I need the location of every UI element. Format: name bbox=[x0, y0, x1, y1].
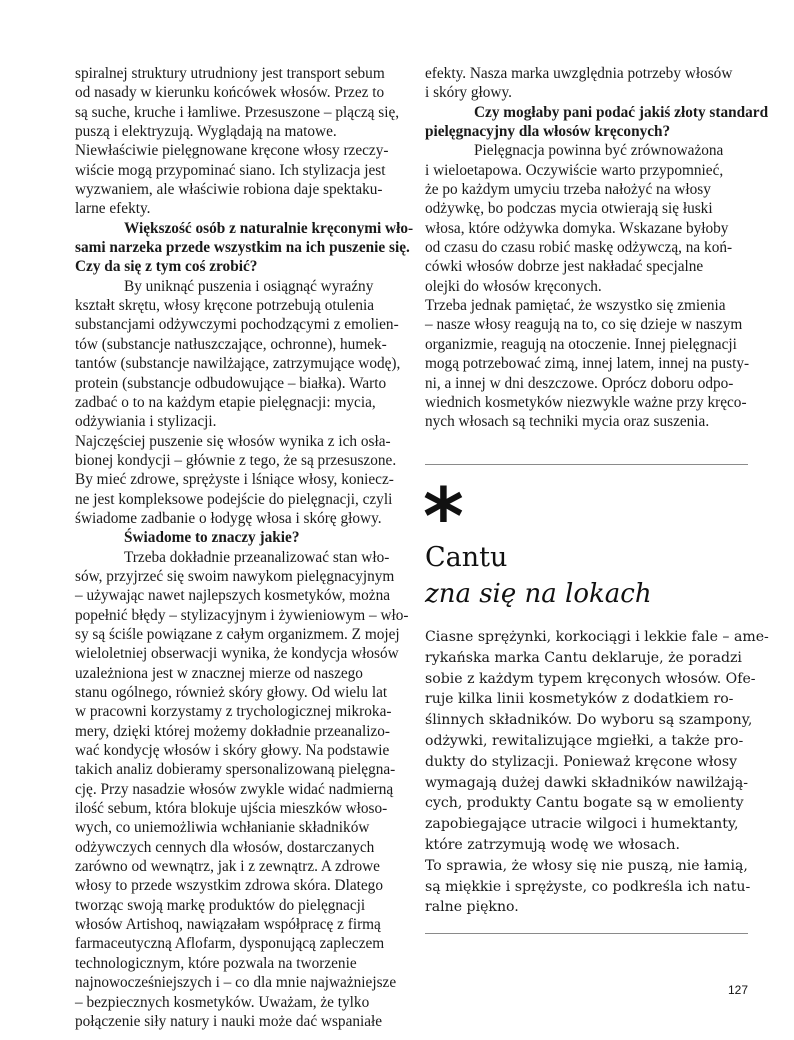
sidebar-body-line: są miękkie i sprężyste, co podkreśla ich… bbox=[425, 877, 747, 898]
text-line: takich analiz dobieramy spersonalizowaną… bbox=[75, 760, 389, 779]
text-line: i wieloetapowa. Oczywiście warto przypom… bbox=[425, 161, 747, 180]
text-line: – bezpiecznych kosmetyków. Uważam, że ty… bbox=[75, 993, 389, 1012]
sidebar-title: Cantu bbox=[425, 540, 507, 576]
text-line: odżywczych cennych dla włosów, dostarcza… bbox=[75, 838, 389, 857]
text-line: wieloletniej obserwacji wynika, że kondy… bbox=[75, 644, 389, 663]
sidebar-body-line: dukty do stylizacji. Ponieważ kręcone wł… bbox=[425, 752, 747, 773]
text-line: ne jest kompleksowe podejście do pielęgn… bbox=[75, 490, 389, 509]
text-line: mery, dzięki której możemy dokładnie prz… bbox=[75, 722, 389, 741]
interview-question-line: Większość osób z naturalnie kręconymi wł… bbox=[75, 219, 389, 238]
text-line: Niewłaściwie pielęgnowane kręcone włosy … bbox=[75, 141, 389, 160]
text-line: olejki do włosów kręconych. bbox=[425, 277, 747, 296]
sidebar-body-line: które zatrzymują wodę we włosach. bbox=[425, 835, 747, 856]
interview-question-line: Czy mogłaby pani podać jakiś złoty stand… bbox=[425, 103, 747, 122]
sidebar-subtitle: zna się na lokach bbox=[425, 576, 652, 612]
interview-question-line: Czy da się z tym coś zrobić? bbox=[75, 257, 389, 276]
text-line: że po każdym umyciu trzeba nałożyć na wł… bbox=[425, 180, 747, 199]
text-line: włosów Artishoq, nawiązałam współpracę z… bbox=[75, 915, 389, 934]
sidebar-body-line: ślinnych składników. Do wyboru są szampo… bbox=[425, 710, 747, 731]
interview-question-line: sami narzeka przede wszystkim na ich pus… bbox=[75, 238, 389, 257]
text-line: zadbać o to na każdym etapie pielęgnacji… bbox=[75, 393, 389, 412]
text-line: spiralnej struktury utrudniony jest tran… bbox=[75, 64, 389, 83]
text-line: protein (substancje odbudowujące – białk… bbox=[75, 374, 389, 393]
text-line: tworząc swoją markę produktów do pielęgn… bbox=[75, 896, 389, 915]
text-line: organizmie, reagują na otoczenie. Innej … bbox=[425, 335, 747, 354]
text-line: tów (substancje natłuszczające, ochronne… bbox=[75, 335, 389, 354]
sidebar-body-line: ralne piękno. bbox=[425, 897, 747, 918]
text-line: nych włosach są techniki mycia oraz susz… bbox=[425, 412, 747, 431]
text-line: puszą i elektryzują. Wyglądają na matowe… bbox=[75, 122, 389, 141]
text-line: ni, a innej w dni deszczowe. Oprócz dobo… bbox=[425, 374, 747, 393]
text-line: i skóry głowy. bbox=[425, 83, 747, 102]
interview-question-line: Świadome to znaczy jakie? bbox=[75, 528, 389, 547]
text-line: najnowocześniejszych i – co dla mnie naj… bbox=[75, 973, 389, 992]
text-line: od czasu do czasu robić maskę odżywczą, … bbox=[425, 238, 747, 257]
sidebar-body-line: Ciasne sprężynki, korkociągi i lekkie fa… bbox=[425, 627, 747, 648]
text-line: By uniknąć puszenia i osiągnąć wyraźny bbox=[75, 277, 389, 296]
text-line: włosa, które odżywka domyka. Wskazane by… bbox=[425, 219, 747, 238]
sidebar-body-line: sobie z każdym typem kręconych włosów. O… bbox=[425, 669, 747, 690]
text-line: kształt skrętu, włosy kręcone potrzebują… bbox=[75, 296, 389, 315]
sidebar-body-line: odżywki, rewitalizujące mgiełki, a także… bbox=[425, 731, 747, 752]
sidebar-top-divider bbox=[425, 464, 748, 465]
text-line: By mieć zdrowe, sprężyste i lśniące włos… bbox=[75, 470, 389, 489]
text-line: wych, co uniemożliwia wchłanianie składn… bbox=[75, 818, 389, 837]
text-line: wiście mogą przypominać siano. Ich styli… bbox=[75, 161, 389, 180]
text-line: mogą potrzebować zimą, innej latem, inne… bbox=[425, 354, 747, 373]
text-line: efekty. Nasza marka uwzględnia potrzeby … bbox=[425, 64, 747, 83]
text-line: wać kondycję włosów i skóry głowy. Na po… bbox=[75, 741, 389, 760]
text-line: ilość sebum, która blokuje ujścia mieszk… bbox=[75, 799, 389, 818]
text-line: popełnić błędy – stylizacyjnym i żywieni… bbox=[75, 606, 389, 625]
text-line: włosy to przede wszystkim zdrowa skóra. … bbox=[75, 876, 389, 895]
text-line: świadome zadbanie o łodygę włosa i skórę… bbox=[75, 509, 389, 528]
article-right-column: efekty. Nasza marka uwzględnia potrzeby … bbox=[425, 64, 747, 432]
sidebar-body-line: zapobiegające utracie wilgoci i humektan… bbox=[425, 814, 747, 835]
interview-question-line: pielęgnacyjny dla włosów kręconych? bbox=[425, 122, 747, 141]
text-line: wyzwaniem, ale właściwie robiona daje sp… bbox=[75, 180, 389, 199]
text-line: odżywiania i stylizacji. bbox=[75, 412, 389, 431]
text-line: stanu ogólnego, również skóry głowy. Od … bbox=[75, 683, 389, 702]
text-line: – nasze włosy reagują na to, co się dzie… bbox=[425, 315, 747, 334]
text-line: zarówno od wewnątrz, jak i z zewnątrz. A… bbox=[75, 857, 389, 876]
sidebar-body-line: To sprawia, że włosy się nie puszą, nie … bbox=[425, 856, 747, 877]
sidebar-bottom-divider bbox=[425, 933, 748, 934]
article-left-column: spiralnej struktury utrudniony jest tran… bbox=[75, 64, 389, 1031]
text-line: cówki włosów dobrze jest nakładać specja… bbox=[425, 257, 747, 276]
text-line: wiednich kosmetyków niezwykle ważne przy… bbox=[425, 393, 747, 412]
text-line: są suche, kruche i łamliwe. Przesuszone … bbox=[75, 103, 389, 122]
text-line: uzależniona jest w znacznej mierze od na… bbox=[75, 664, 389, 683]
page-number: 127 bbox=[728, 983, 748, 997]
text-line: technologicznym, które pozwala na tworze… bbox=[75, 954, 389, 973]
text-line: Najczęściej puszenie się włosów wynika z… bbox=[75, 432, 389, 451]
text-line: od nasady w kierunku końcówek włosów. Pr… bbox=[75, 83, 389, 102]
asterisk-icon: * bbox=[423, 488, 464, 548]
sidebar-body-line: wymagają dużej dawki składników nawilżaj… bbox=[425, 773, 747, 794]
text-line: w pracowni korzystamy z trychologicznej … bbox=[75, 702, 389, 721]
text-line: odżywkę, bo podczas mycia otwierają się … bbox=[425, 199, 747, 218]
text-line: substancjami odżywczymi pochodzącymi z e… bbox=[75, 315, 389, 334]
sidebar-body-line: rykańska marka Cantu deklaruje, że porad… bbox=[425, 648, 747, 669]
text-line: Trzeba dokładnie przeanalizować stan wło… bbox=[75, 548, 389, 567]
text-line: połączenie siły natury i nauki może dać … bbox=[75, 1012, 389, 1031]
sidebar-body-line: cych, produkty Cantu bogate są w emolien… bbox=[425, 793, 747, 814]
text-line: sów, przyjrzeć się swoim nawykom pielęgn… bbox=[75, 567, 389, 586]
text-line: farmaceutyczną Aflofarm, dysponującą zap… bbox=[75, 934, 389, 953]
text-line: – używając nawet najlepszych kosmetyków,… bbox=[75, 586, 389, 605]
text-line: Trzeba jednak pamiętać, że wszystko się … bbox=[425, 296, 747, 315]
text-line: cję. Przy nasadzie włosów zwykle widać n… bbox=[75, 780, 389, 799]
text-line: Pielęgnacja powinna być zrównoważona bbox=[425, 141, 747, 160]
text-line: bionej kondycji – głównie z tego, że są … bbox=[75, 451, 389, 470]
text-line: larne efekty. bbox=[75, 199, 389, 218]
text-line: sy są ściśle powiązane z całym organizme… bbox=[75, 625, 389, 644]
sidebar-body-line: ruje kilka linii kosmetyków z dodatkiem … bbox=[425, 689, 747, 710]
sidebar-body: Ciasne sprężynki, korkociągi i lekkie fa… bbox=[425, 627, 747, 918]
text-line: tantów (substancje nawilżające, zatrzymu… bbox=[75, 354, 389, 373]
